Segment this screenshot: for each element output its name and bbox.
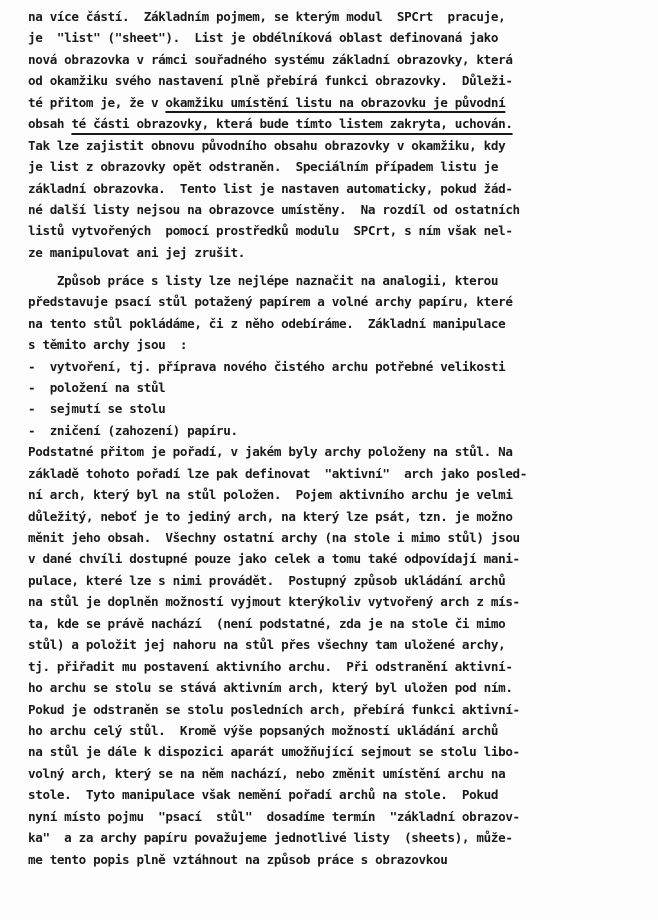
text-line: důležitý, neboť je to jediný arch, na kt…: [28, 506, 652, 527]
text-line: základní obrazovka. Tento list je nastav…: [28, 178, 652, 199]
text-line: měnit jeho obsah. Všechny ostatní archy …: [28, 527, 652, 548]
text-line: na více částí. Základním pojmem, se kter…: [28, 6, 652, 27]
text-line: na tento stůl pokládáme, či z něho odebí…: [28, 313, 652, 334]
text-line: základě tohoto pořadí lze pak definovat …: [28, 463, 652, 484]
paragraph-sheets-definition: na více částí. Základním pojmem, se kter…: [28, 6, 652, 263]
text-line: v dané chvíli dostupné pouze jako celek …: [28, 548, 652, 569]
text-line: me tento popis plně vztáhnout na způsob …: [28, 849, 652, 870]
text-line: s těmito archy jsou :: [28, 334, 652, 355]
text-line: Podstatné přitom je pořadí, v jakém byly…: [28, 441, 652, 462]
list-item: - sejmutí se stolu: [28, 398, 652, 419]
text-line: stole. Tyto manipulace však nemění pořad…: [28, 784, 652, 805]
text-line: je "list" ("sheet"). List je obdélníková…: [28, 27, 652, 48]
list-item: - položení na stůl: [28, 377, 652, 398]
text-line: pulace, které lze s nimi provádět. Postu…: [28, 570, 652, 591]
manipulation-list: - vytvoření, tj. příprava nového čistého…: [28, 356, 652, 442]
text-line: nová obrazovka v rámci souřadného systém…: [28, 49, 652, 70]
text-line: Tak lze zajistit obnovu původního obsahu…: [28, 135, 652, 156]
text-line: volný arch, který se na něm nachází, neb…: [28, 763, 652, 784]
text-line: stůl) a položit jej nahoru na stůl přes …: [28, 634, 652, 655]
text-line: ho archu celý stůl. Kromě výše popsaných…: [28, 720, 652, 741]
text-fragment: obsah: [28, 116, 71, 131]
list-item: - vytvoření, tj. příprava nového čistého…: [28, 356, 652, 377]
text-line: ze manipulovat ani jej zrušit.: [28, 242, 652, 263]
paragraph-ordering: Podstatné přitom je pořadí, v jakém byly…: [28, 441, 652, 870]
text-line: Pokud je odstraněn se stolu posledních a…: [28, 699, 652, 720]
text-line: nyní místo pojmu "psací stůl" dosadíme t…: [28, 806, 652, 827]
text-line: né další listy nejsou na obrazovce umíst…: [28, 199, 652, 220]
text-line: Způsob práce s listy lze nejlépe naznači…: [28, 270, 652, 291]
text-line: představuje psací stůl potažený papírem …: [28, 291, 652, 312]
underlined-text: okamžiku umístění listu na obrazovku je …: [165, 95, 505, 110]
underlined-text: té části obrazovky, která bude tímto lis…: [71, 116, 512, 131]
text-line: ho archu se stolu se stává aktivním arch…: [28, 677, 652, 698]
text-fragment: té přitom je, že v: [28, 95, 165, 110]
typewritten-page: na více částí. Základním pojmem, se kter…: [0, 0, 658, 920]
text-line: obsah té části obrazovky, která bude tím…: [28, 113, 652, 134]
text-line: na stůl je doplněn možností vyjmout kter…: [28, 591, 652, 612]
text-line: listů vytvořených pomocí prostředků modu…: [28, 220, 652, 241]
text-line: ta, kde se právě nachází (není podstatné…: [28, 613, 652, 634]
text-line: na stůl je dále k dispozici aparát umožň…: [28, 741, 652, 762]
text-line: od okamžiku svého nastavení plně přebírá…: [28, 70, 652, 91]
text-line: ka" a za archy papíru považujeme jednotl…: [28, 827, 652, 848]
text-line: ní arch, který byl na stůl položen. Poje…: [28, 484, 652, 505]
text-line: té přitom je, že v okamžiku umístění lis…: [28, 92, 652, 113]
text-line: je list z obrazovky opět odstraněn. Spec…: [28, 156, 652, 177]
paragraph-analogy: Způsob práce s listy lze nejlépe naznači…: [28, 270, 652, 356]
text-line: tj. přiřadit mu postavení aktivního arch…: [28, 656, 652, 677]
list-item: - zničení (zahození) papíru.: [28, 420, 652, 441]
document-text: na více částí. Základním pojmem, se kter…: [28, 6, 652, 870]
